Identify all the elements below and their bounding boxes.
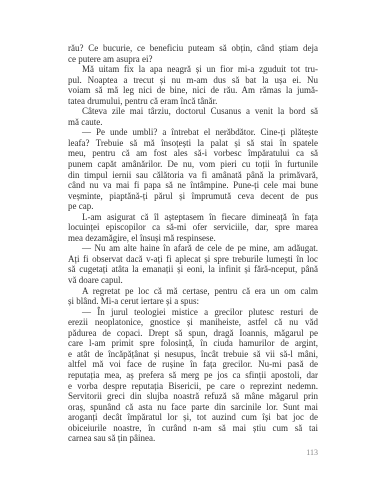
text-line: A regretat pe loc că mă certase, pentru … [68,286,318,297]
text-line: reputația mea, aș prefera să merg pe jos… [68,370,318,381]
text-line: obiceiurile noastre, în curând n-am să m… [68,423,318,434]
text-line: punem capăt amânărilor. De nu, vom pieri… [68,159,318,170]
text-line: să cugetați atâta la emanații și eoni, l… [68,264,318,275]
text-line: care l-am primit spre folosință, în ciud… [68,338,318,349]
text-line: Servitorii greci din slujba noastră refu… [68,391,318,402]
text-line: aroganți decât împăratul lor și, tot auz… [68,412,318,423]
text-line: oraș, spunând că asta nu face parte din … [68,402,318,413]
text-line: Mă uitam fix la apa neagră și un fior mi… [68,64,318,75]
text-line: pul. Noaptea a trecut și nu m-am dus să … [68,75,318,86]
text-line: e atât de încăpățânat și nesupus, încât … [68,349,318,360]
text-line: leafa? Trebuie să mă însoțești la palat … [68,138,318,149]
text-line: și blând. Mi-a cerut iertare și a spus: [68,296,318,307]
text-line: carnea sau să țin pâinea. [68,433,318,444]
text-line: mea dezamăgire, el însuși mă respinsese. [68,233,318,244]
text-line: pe cap. [68,201,318,212]
text-line: voiam să mă leg nici de bine, nici de ră… [68,85,318,96]
text-line: mă caute. [68,117,318,128]
text-line: e vorba despre reputația Bisericii, pe c… [68,381,318,392]
text-line: — Nu am alte haine în afară de cele de p… [68,243,318,254]
text-line: pădurea de copaci. Drept să spun, dragă … [68,328,318,339]
text-line: — Pe unde umbli? a întrebat el nerăbdăto… [68,127,318,138]
text-line: Câteva zile mai târziu, doctorul Cusanus… [68,106,318,117]
text-line: Ați fi observat dacă v-ați fi aplecat și… [68,254,318,265]
text-line: erezii neoplatonice, gnostice și manihei… [68,317,318,328]
text-line: când nu va mai fi papa să ne întâmpine. … [68,180,318,191]
text-line: rău? Ce bucurie, ce beneficiu puteam să … [68,43,318,54]
page-number: 113 [68,448,318,457]
book-page: rău? Ce bucurie, ce beneficiu puteam să … [0,0,381,492]
text-line: — În jurul teologiei mistice a grecilor … [68,307,318,318]
text-line: din timpul iernii sau călătoria va fi am… [68,170,318,181]
text-line: locuinței episcopilor ca să-mi ofer serv… [68,222,318,233]
text-line: tatea drumului, pentru că eram încă tână… [68,96,318,107]
text-line: altfel mă voi face de rușine în fața gre… [68,359,318,370]
text-line: meu, pentru că am fost ales să-i vorbesc… [68,148,318,159]
text-line: L-am asigurat că îl așteptasem în fiecar… [68,212,318,223]
body-text: rău? Ce bucurie, ce beneficiu puteam să … [68,43,318,444]
text-line: veșminte, piaptănă-ți părul și împrumută… [68,191,318,202]
text-line: vă doare capul. [68,275,318,286]
text-line: ce putere am asupra ei? [68,54,318,65]
